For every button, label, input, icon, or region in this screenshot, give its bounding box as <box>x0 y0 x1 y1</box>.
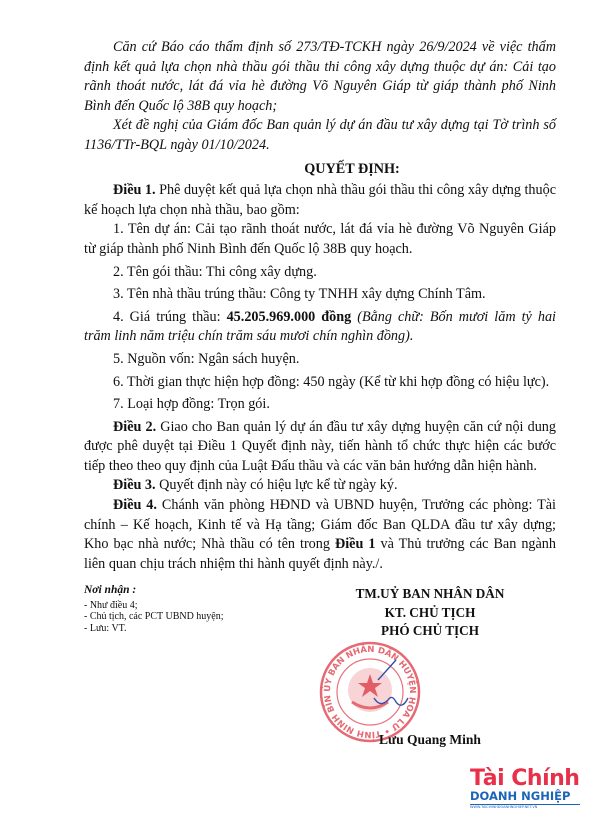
signature-title: PHÓ CHỦ TỊCH <box>300 622 560 641</box>
article-1-item: 3. Tên nhà thầu trúng thầu: Công ty TNHH… <box>84 285 556 305</box>
recipient-item: - Như điều 4; <box>84 600 224 612</box>
article-4: Điều 4. Chánh văn phòng HĐND và UBND huy… <box>84 496 556 574</box>
recipients-heading: Nơi nhận : <box>84 585 224 597</box>
signature-org: TM.UỶ BAN NHÂN DÂN <box>300 585 560 604</box>
article-3: Điều 3. Quyết định này có hiệu lực kể từ… <box>84 476 556 496</box>
winning-price: 45.205.969.000 đồng <box>227 309 352 325</box>
article-2: Điều 2. Giao cho Ban quản lý dự án đầu t… <box>84 418 556 477</box>
article-1-item: 5. Nguồn vốn: Ngân sách huyện. <box>84 350 556 370</box>
signer-name: Lưu Quang Minh <box>300 732 560 748</box>
signature-role: KT. CHỦ TỊCH <box>300 604 560 623</box>
article-1: Điều 1. Phê duyệt kết quả lựa chọn nhà t… <box>84 181 556 220</box>
decision-title: QUYẾT ĐỊNH: <box>148 160 556 180</box>
article-1-price: 4. Giá trúng thầu: 45.205.969.000 đồng (… <box>84 308 556 347</box>
preamble-basis: Căn cứ Báo cáo thẩm định số 273/TĐ-TCKH … <box>84 38 556 116</box>
signature-block: TM.UỶ BAN NHÂN DÂN KT. CHỦ TỊCH PHÓ CHỦ … <box>300 585 560 641</box>
preamble-proposal: Xét đề nghị của Giám đốc Ban quản lý dự … <box>84 116 556 155</box>
logo-subtitle: DOANH NGHIỆP <box>470 790 590 803</box>
logo-title: Tài Chính <box>470 768 590 790</box>
article-1-item: 6. Thời gian thực hiện hợp đồng: 450 ngà… <box>84 373 556 393</box>
recipient-item: - Lưu: VT. <box>84 623 224 635</box>
article-1-item: 1. Tên dự án: Cải tạo rãnh thoát nước, l… <box>84 220 556 259</box>
article-1-item: 2. Tên gói thầu: Thi công xây dựng. <box>84 263 556 283</box>
document-body: Căn cứ Báo cáo thẩm định số 273/TĐ-TCKH … <box>84 38 556 574</box>
official-stamp-icon: ỦY BAN NHÂN DÂN HUYỆN HOA LƯ • TỈNH NINH… <box>318 640 422 744</box>
publisher-logo: Tài Chính DOANH NGHIỆP WWW.TAICHINHDOANH… <box>470 768 590 809</box>
article-1-item: 7. Loại hợp đồng: Trọn gói. <box>84 395 556 415</box>
logo-url: WWW.TAICHINHDOANHNGHIEP.NET.VN <box>470 804 580 809</box>
recipients-block: Nơi nhận : - Như điều 4; - Chủ tịch, các… <box>84 585 224 634</box>
recipient-item: - Chủ tịch, các PCT UBND huyện; <box>84 611 224 623</box>
